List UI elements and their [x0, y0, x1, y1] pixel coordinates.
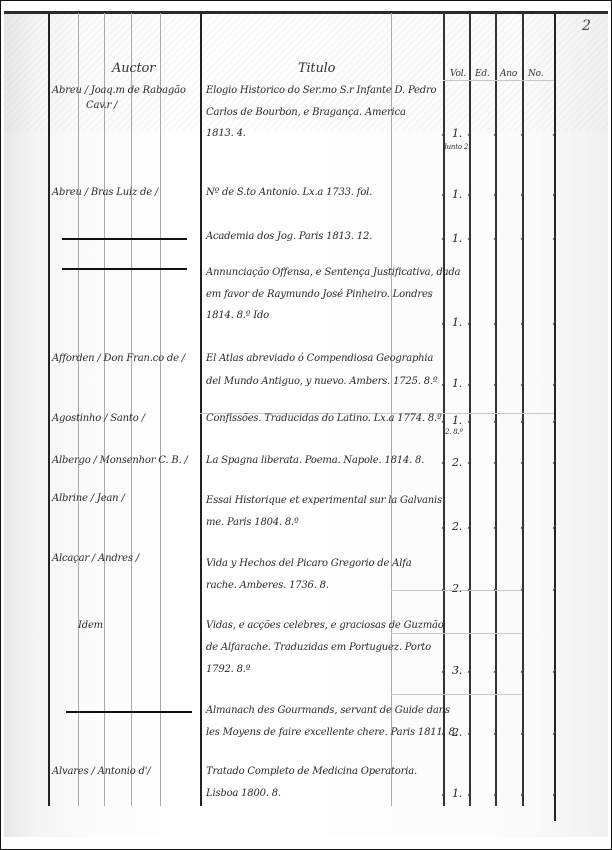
header-underline: [443, 80, 554, 81]
entry-volumes: 2.: [452, 454, 462, 471]
entry-separator: [391, 633, 521, 634]
entry-author: Idem: [78, 617, 103, 634]
entry-title-line: 1813. 4.: [206, 125, 246, 142]
ditto-rule: [66, 711, 192, 713]
entry-title-line: 1814. 8.º Ido: [206, 307, 269, 324]
entry-volumes: 1.: [452, 412, 462, 429]
entry-volumes: 1.: [452, 785, 462, 802]
entry-volumes: 1.: [452, 186, 462, 203]
header-number: No.: [528, 70, 543, 78]
entry-author: Alvares / Antonio d'/: [52, 763, 150, 780]
entry-author: Afforden / Don Fran.co de /: [52, 350, 185, 367]
entry-volumes-note: 2. 8.º: [445, 428, 463, 436]
entry-author: Abreu / Bras Luiz de /: [52, 184, 158, 201]
author-title-divider: [200, 13, 202, 806]
top-border: [4, 11, 608, 14]
header-author: Auctor: [112, 60, 155, 77]
entry-volumes: 1.: [452, 125, 462, 142]
entry-title-line: rache. Amberes. 1736. 8.: [206, 577, 329, 594]
entry-title-line: del Mundo Antiguo, y nuevo. Ambers. 1725…: [206, 373, 437, 390]
header-volumes: Vol.: [450, 70, 466, 78]
entry-volumes: 2.: [452, 724, 462, 741]
entry-title-line: em favor de Raymundo José Pinheiro. Lond…: [206, 286, 433, 303]
entry-title-line: Tratado Completo de Medicina Operatoria.: [206, 763, 417, 780]
entry-volumes: 1.: [452, 375, 462, 392]
entry-separator: [391, 590, 521, 591]
left-margin-rule: [48, 13, 50, 806]
entry-volumes: 1.: [452, 230, 462, 247]
entry-author: Alcaçar / Andres /: [52, 550, 139, 567]
header-year: Ano: [500, 70, 517, 78]
entry-title-line: Academia dos Jog. Paris 1813. 12.: [206, 228, 372, 245]
header-edition: Ed.: [475, 70, 490, 78]
header-title: Titulo: [298, 60, 335, 77]
entry-volumes-note: Junto 2.: [444, 143, 470, 151]
entry-title-line: Essai Historique et experimental sur la …: [206, 492, 442, 509]
entry-volumes: 2.: [452, 580, 462, 597]
entry-title-line: Almanach des Gourmands, servant de Guide…: [206, 702, 450, 719]
entry-title-line: Elogio Historico do Ser.mo S.r Infante D…: [206, 82, 436, 99]
entry-title-line: El Atlas abreviado ó Compendiosa Geograp…: [206, 350, 433, 367]
entry-title-line: Lisboa 1800. 8.: [206, 785, 281, 802]
entry-title-line: Nº de S.to Antonio. Lx.a 1733. fol.: [206, 184, 372, 201]
entry-author: Agostinho / Santo /: [52, 410, 145, 427]
author-subcolumn-rule: [160, 13, 161, 806]
ditto-rule: [62, 238, 187, 240]
entry-title-line: Vidas, e acções celebres, e graciosas de…: [206, 617, 444, 634]
entry-title-line: les Moyens de faire excellente chere. Pa…: [206, 724, 458, 741]
entry-author-cont: Cav.r /: [86, 97, 117, 114]
entry-title-line: La Spagna liberata. Poema. Napole. 1814.…: [206, 452, 424, 469]
entry-title-line: Vida y Hechos del Picaro Gregorio de Alf…: [206, 555, 411, 572]
entry-author: Albergo / Monsenhor C. B. /: [52, 452, 188, 469]
entry-volumes: 3.: [452, 662, 462, 679]
entry-title-line: me. Paris 1804. 8.º: [206, 514, 299, 531]
entry-author: Albrine / Jean /: [52, 490, 125, 507]
entry-title-line: Confissões. Traducidas do Latino. Lx.a 1…: [206, 410, 442, 427]
ditto-rule: [62, 268, 187, 270]
entry-author: Abreu / Joaq.m de Rabagão: [52, 82, 186, 99]
entry-volumes: 2.: [452, 518, 462, 535]
entry-title-line: Carlos de Bourbon, e Bragança. America: [206, 104, 406, 121]
entry-title-line: 1792. 8.º: [206, 661, 250, 678]
entry-title-line: de Alfarache. Traduzidas em Portuguez. P…: [206, 639, 431, 656]
entry-title-line: Annunciação Offensa, e Sentença Justific…: [206, 264, 460, 281]
page-number: 2: [582, 18, 591, 35]
entry-separator: [391, 694, 521, 695]
entry-volumes: 1.: [452, 314, 462, 331]
